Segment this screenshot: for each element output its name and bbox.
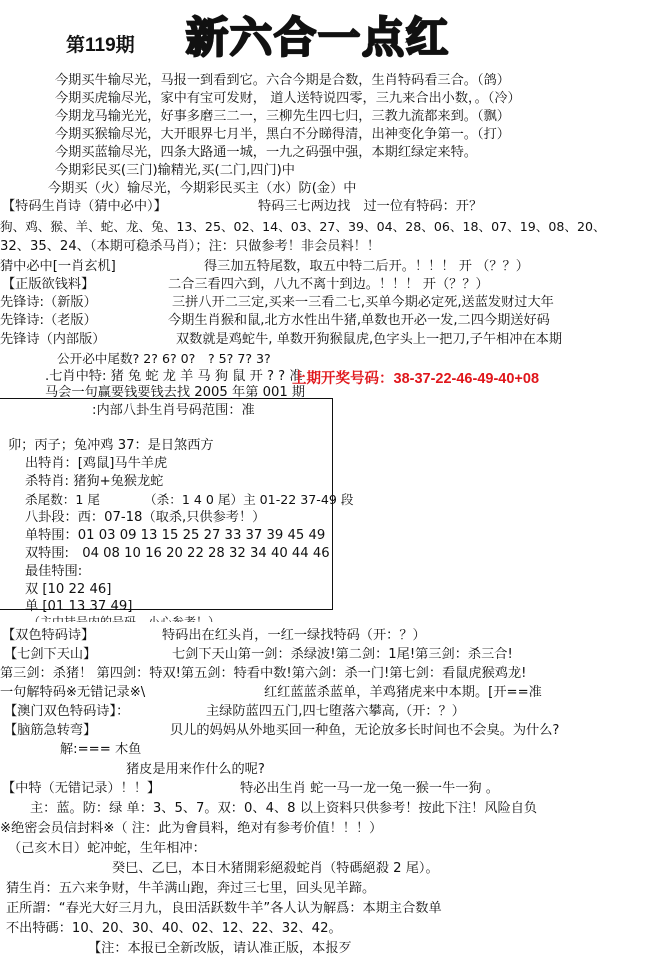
bagua-line: 最佳特围: bbox=[25, 563, 82, 581]
last-draw-numbers: 上期开奖号码：38-37-22-46-49-40+08 bbox=[292, 367, 539, 388]
cai-line: 猜生肖：五六来争财，牛羊满山跑，奔过三七里，回头见羊蹄。 bbox=[6, 880, 375, 898]
zhengsuowei-line: 正所謂：“春光大好三月九，良田活跃数牛羊”各人认为解爲：本期主合数单 bbox=[6, 900, 442, 918]
weishu-line: 公开必中尾数? 2? 6? 0? ? 5? 7? 3? bbox=[57, 350, 271, 368]
section-text-xianfeng-inner: 双数就是鸡蛇牛, 单数开狗猴鼠虎,色字头上一把刀,子午相冲在本期 bbox=[176, 331, 562, 349]
section-text-aomen: 主绿防蓝四五门,四七堕落六攀高,（开：？） bbox=[206, 703, 465, 721]
section-text-zhengban: 二合三看四六到，八九不离十到边。！！！ 开（？？） bbox=[168, 276, 489, 294]
section-text-shuangse: 特码出在红头肖，一红一绿找特码（开：？） bbox=[162, 627, 426, 645]
section-label-shuangse: 【双色特码诗】 bbox=[2, 627, 94, 645]
note-line: 【注：本报已全新改版，请认准正版，本报歹 bbox=[88, 940, 352, 958]
section-label-yiju: 一句解特码※无错记录※\ bbox=[0, 684, 145, 702]
section-text-zhongte: 特必出生肖 蛇一马一龙一兔一猴一牛一狗 。 bbox=[240, 780, 499, 798]
bagua-line: 杀尾数：1 尾 （杀：1 4 0 尾）主 01-22 37-49 段 bbox=[25, 491, 353, 509]
poem-line: 今期买猴输尽光，大开眼界七月半，黑白不分睇得清，出神变化争第一。（打） bbox=[55, 126, 510, 144]
bagua-heading: :内部八卦生肖号码范围：准 bbox=[92, 402, 255, 420]
section-label-zhongte: 【中特（无错记录）！！】 bbox=[2, 780, 160, 798]
section-text-qijian: 七剑下天山第一剑：杀绿波!第二剑：1尾!第三剑：杀三合! bbox=[172, 646, 513, 664]
bagua-line: 双 [10 22 46] bbox=[25, 581, 111, 599]
poem-line: 今期买蓝输尽光，四条大路通一城，一九之码强中强，本期红绿定来特。 bbox=[55, 144, 477, 162]
buchu-line: 不出特碼：10、20、30、40、02、12、22、32、42。 bbox=[6, 920, 342, 938]
section-label-aomen: 【澳门双色特码诗】： bbox=[4, 703, 129, 721]
poem-line: 今期彩民买(三门)输精光,买(二门,四门)中 bbox=[55, 162, 295, 180]
bagua-line: 卯；丙子；兔冲鸡 37：是日煞西方 bbox=[8, 437, 214, 455]
question-line: 猪皮是用来作什么的呢? bbox=[126, 761, 265, 779]
section-label-zhengban: 【正版欲钱料】 bbox=[2, 276, 94, 294]
section-label-xianfeng-inner: 先锋诗（内部版） bbox=[0, 331, 106, 349]
section-text-tema: 特码三七两边找 过一位有特码：开？ bbox=[258, 198, 482, 216]
bagua-line: 八卦段：西：07-18（取杀,只供参考！） bbox=[25, 509, 265, 527]
page-title: 新六合一点红 bbox=[186, 12, 450, 64]
section-text-naojin: 贝儿的妈妈从外地买回一种鱼，无论放多长时间也不会臭。为什么? bbox=[170, 722, 559, 740]
section-label-yixiao: 猜中必中[一肖玄机] bbox=[0, 258, 116, 276]
section-text-yiju: 红红蓝蓝杀蓝单，羊鸡猪虎来中本期。[开==准 bbox=[264, 684, 542, 702]
answer-line: 解:=== 木鱼 bbox=[60, 741, 141, 759]
section-text-xianfeng-old: 今期生肖猴和鼠,北方水性出牛猪,单数也开必一发,二四今期送好码 bbox=[168, 312, 550, 330]
qijian-continued: 第三剑：杀猪！ 第四剑：特双!第五剑：特看中数!第六剑：杀一门!第七剑：看鼠虎猴… bbox=[0, 665, 526, 683]
section-label-naojin: 【脑筋急转弯】 bbox=[4, 722, 96, 740]
number-list: 32、35、24、（本期可稳杀马肖）；注：只做参考！非会员料！！ bbox=[0, 238, 380, 256]
zhu-line: 主：蓝。防：绿 单：3、5、7。双：0、4、8 以上资料只供参考！按此下注！风险… bbox=[30, 800, 537, 818]
section-label-xianfeng-new: 先锋诗:（新版） bbox=[0, 294, 97, 312]
section-label-qijian: 【七剑下天山】 bbox=[4, 646, 96, 664]
poem-line: 今期买虎输尽光，家中有宝可发财， 道人送特说四零，三九来合出小数，。（冷） bbox=[55, 90, 521, 108]
issue-number: 第119期 bbox=[66, 30, 135, 57]
poem-line: 今期买（火）输尽光，今期彩民买主（水）防(金）中 bbox=[48, 180, 356, 198]
section-text-xianfeng-new: 三拼八开二三定,买来一三看二七,买单今期必定死,送蓝发财过大年 bbox=[172, 294, 554, 312]
jihai-line: （己亥木日）蛇冲蛇，生年相冲： bbox=[8, 840, 206, 858]
guisi-line: 癸巳、乙巳，本日木猪開彩絕殺蛇肖（特碼絕殺 2 尾）。 bbox=[112, 860, 439, 878]
section-label-tema: 【特码生肖诗（猜中必中）】 bbox=[2, 198, 167, 216]
section-text-yixiao: 得三加五特尾数，取五中特二后开。！！！ 开 （？？） bbox=[204, 258, 529, 276]
section-label-xianfeng-old: 先锋诗:（老版） bbox=[0, 312, 97, 330]
bagua-line: （主中挂号内的号码，小心参考！） bbox=[28, 613, 220, 622]
number-list: 狗、鸡、猴、羊、蛇、龙、兔、13、25、02、14、03、27、39、04、28… bbox=[0, 218, 606, 236]
bagua-line: 杀特肖: 猪狗+兔猴龙蛇 bbox=[25, 473, 163, 491]
poem-line: 今期买牛输尽光，马报一到看到它。六合今期是合数，生肖特码看三合。（鸽） bbox=[55, 72, 510, 90]
poem-line: 今期龙马输光光，好事多磨三二一，三柳先生四七归，三教九流都来到。（飘） bbox=[55, 108, 510, 126]
bagua-line: 双特围: 04 08 10 16 20 22 28 32 34 40 44 46 bbox=[25, 545, 330, 563]
bagua-line: 出特肖：[鸡鼠]马牛羊虎 bbox=[25, 455, 167, 473]
member-line: ※绝密会员信封料※（ 注：此为會員料，绝对有参考价值！！！） bbox=[0, 820, 382, 838]
bagua-line: 单特围：01 03 09 13 15 25 27 33 37 39 45 49 bbox=[25, 527, 325, 545]
